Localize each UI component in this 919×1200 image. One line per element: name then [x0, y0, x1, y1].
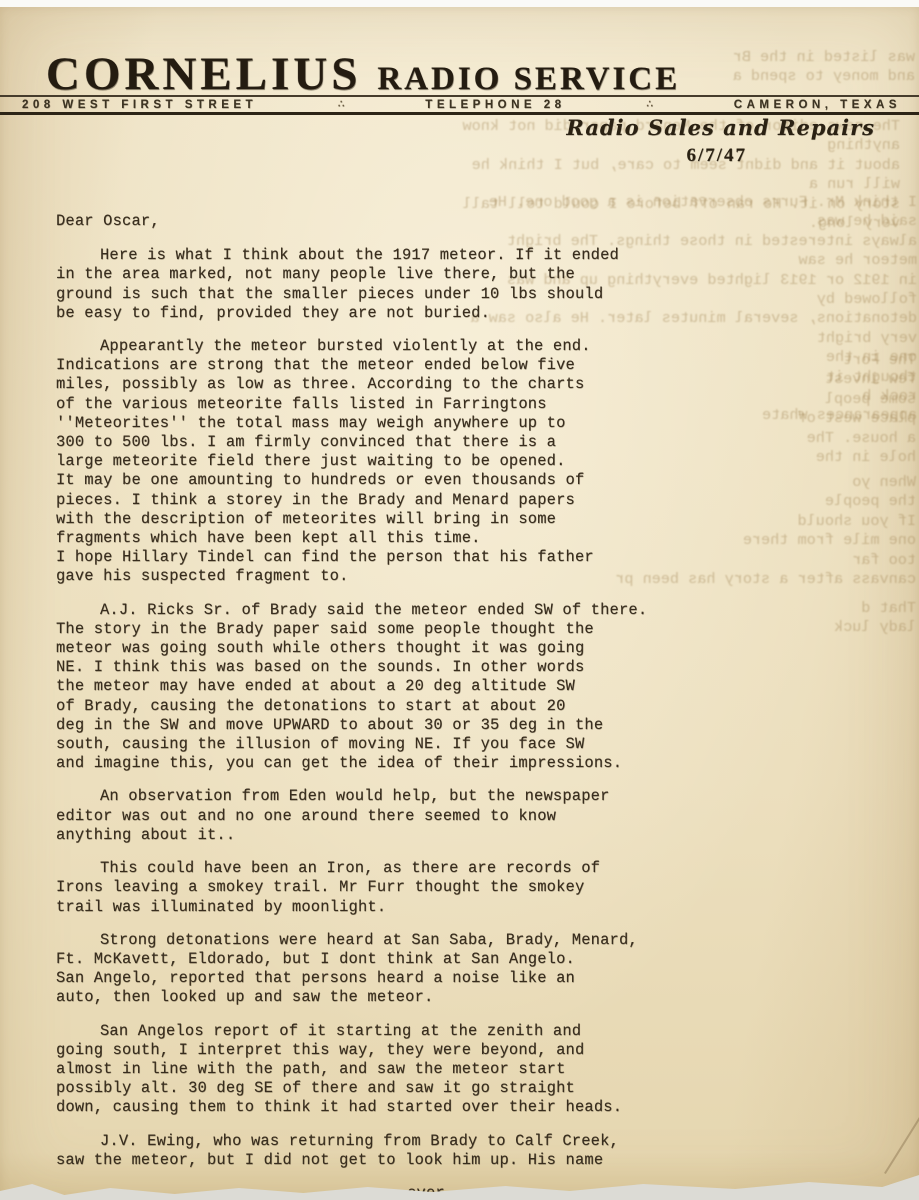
telephone: TELEPHONE 28 — [425, 99, 565, 111]
salutation: Dear Oscar, — [56, 212, 826, 231]
letter-paragraph-1: Here is what I think about the 1917 mete… — [56, 246, 826, 323]
company-name-secondary: RADIO SERVICE — [377, 61, 680, 98]
company-name-primary: CORNELIUS — [46, 47, 361, 101]
separator-mark-icon: ∴ — [338, 99, 344, 110]
letter-paragraph-2: Appearantly the meteor bursted violently… — [56, 337, 826, 587]
street-address: 208 WEST FIRST STREET — [22, 99, 257, 111]
letter-paragraph-7: San Angelos report of it starting at the… — [56, 1022, 826, 1118]
letterhead-rule-bar: 208 WEST FIRST STREET ∴ TELEPHONE 28 ∴ C… — [0, 95, 919, 115]
letter-paragraph-4: An observation from Eden would help, but… — [56, 787, 826, 845]
page-footer-over: over — [56, 1184, 796, 1200]
letter-body: Dear Oscar, Here is what I think about t… — [56, 212, 826, 1200]
tagline-script: Radio Sales and Repairs — [566, 115, 875, 140]
company-name: CORNELIUS RADIO SERVICE — [46, 47, 666, 101]
separator-mark-icon: ∴ — [647, 99, 653, 110]
letter-paragraph-8: J.V. Ewing, who was returning from Brady… — [56, 1132, 826, 1170]
letter-paragraph-3: A.J. Ricks Sr. of Brady said the meteor … — [56, 601, 826, 774]
letter-paragraph-6: Strong detonations were heard at San Sab… — [56, 931, 826, 1008]
letter-paragraph-5: This could have been an Iron, as there a… — [56, 859, 826, 917]
letter-date: 6/7/47 — [686, 145, 747, 167]
city-state: CAMERON, TEXAS — [734, 99, 901, 111]
paper-crease — [884, 1112, 919, 1174]
letter-paper: was listed in the Br and money to spend … — [0, 7, 919, 1200]
